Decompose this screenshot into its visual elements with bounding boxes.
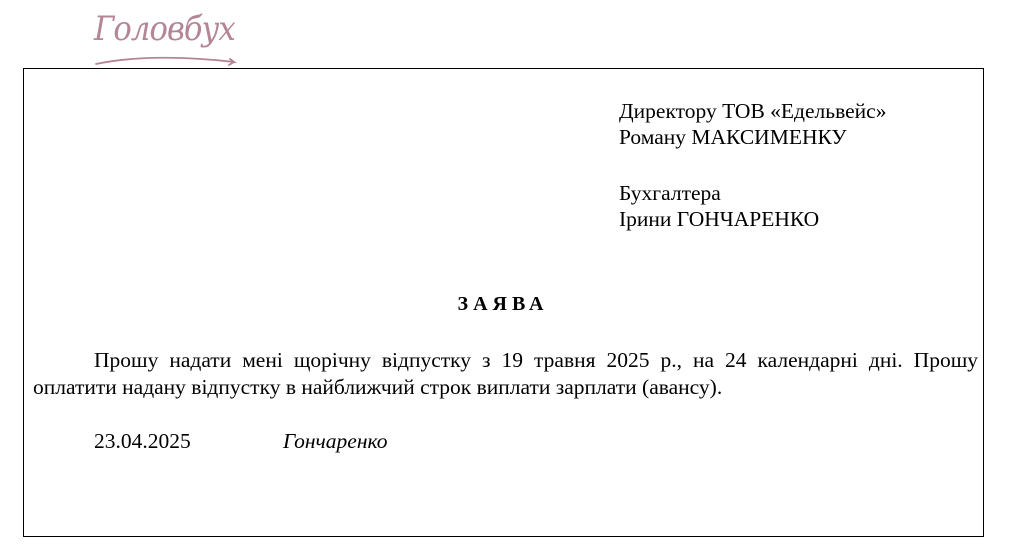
- document-date: 23.04.2025: [94, 429, 191, 454]
- sender-position: Бухгалтера: [619, 180, 886, 206]
- sender-name: Ірини ГОНЧАРЕНКО: [619, 206, 886, 232]
- recipient-name: Роману МАКСИМЕНКУ: [619, 124, 886, 150]
- addressee-block: Директору ТОВ «Едельвейс» Роману МАКСИМЕ…: [619, 98, 886, 232]
- logo-swoosh-icon: [94, 50, 240, 68]
- logo-text: Головбух: [94, 12, 235, 46]
- signature: Гончаренко: [283, 429, 388, 454]
- logo: Головбух: [94, 6, 244, 66]
- recipient-position: Директору ТОВ «Едельвейс»: [619, 98, 886, 124]
- document-body: Прошу надати мені щорічну відпустку з 19…: [33, 347, 978, 401]
- document-title: ЗАЯВА: [0, 293, 1006, 316]
